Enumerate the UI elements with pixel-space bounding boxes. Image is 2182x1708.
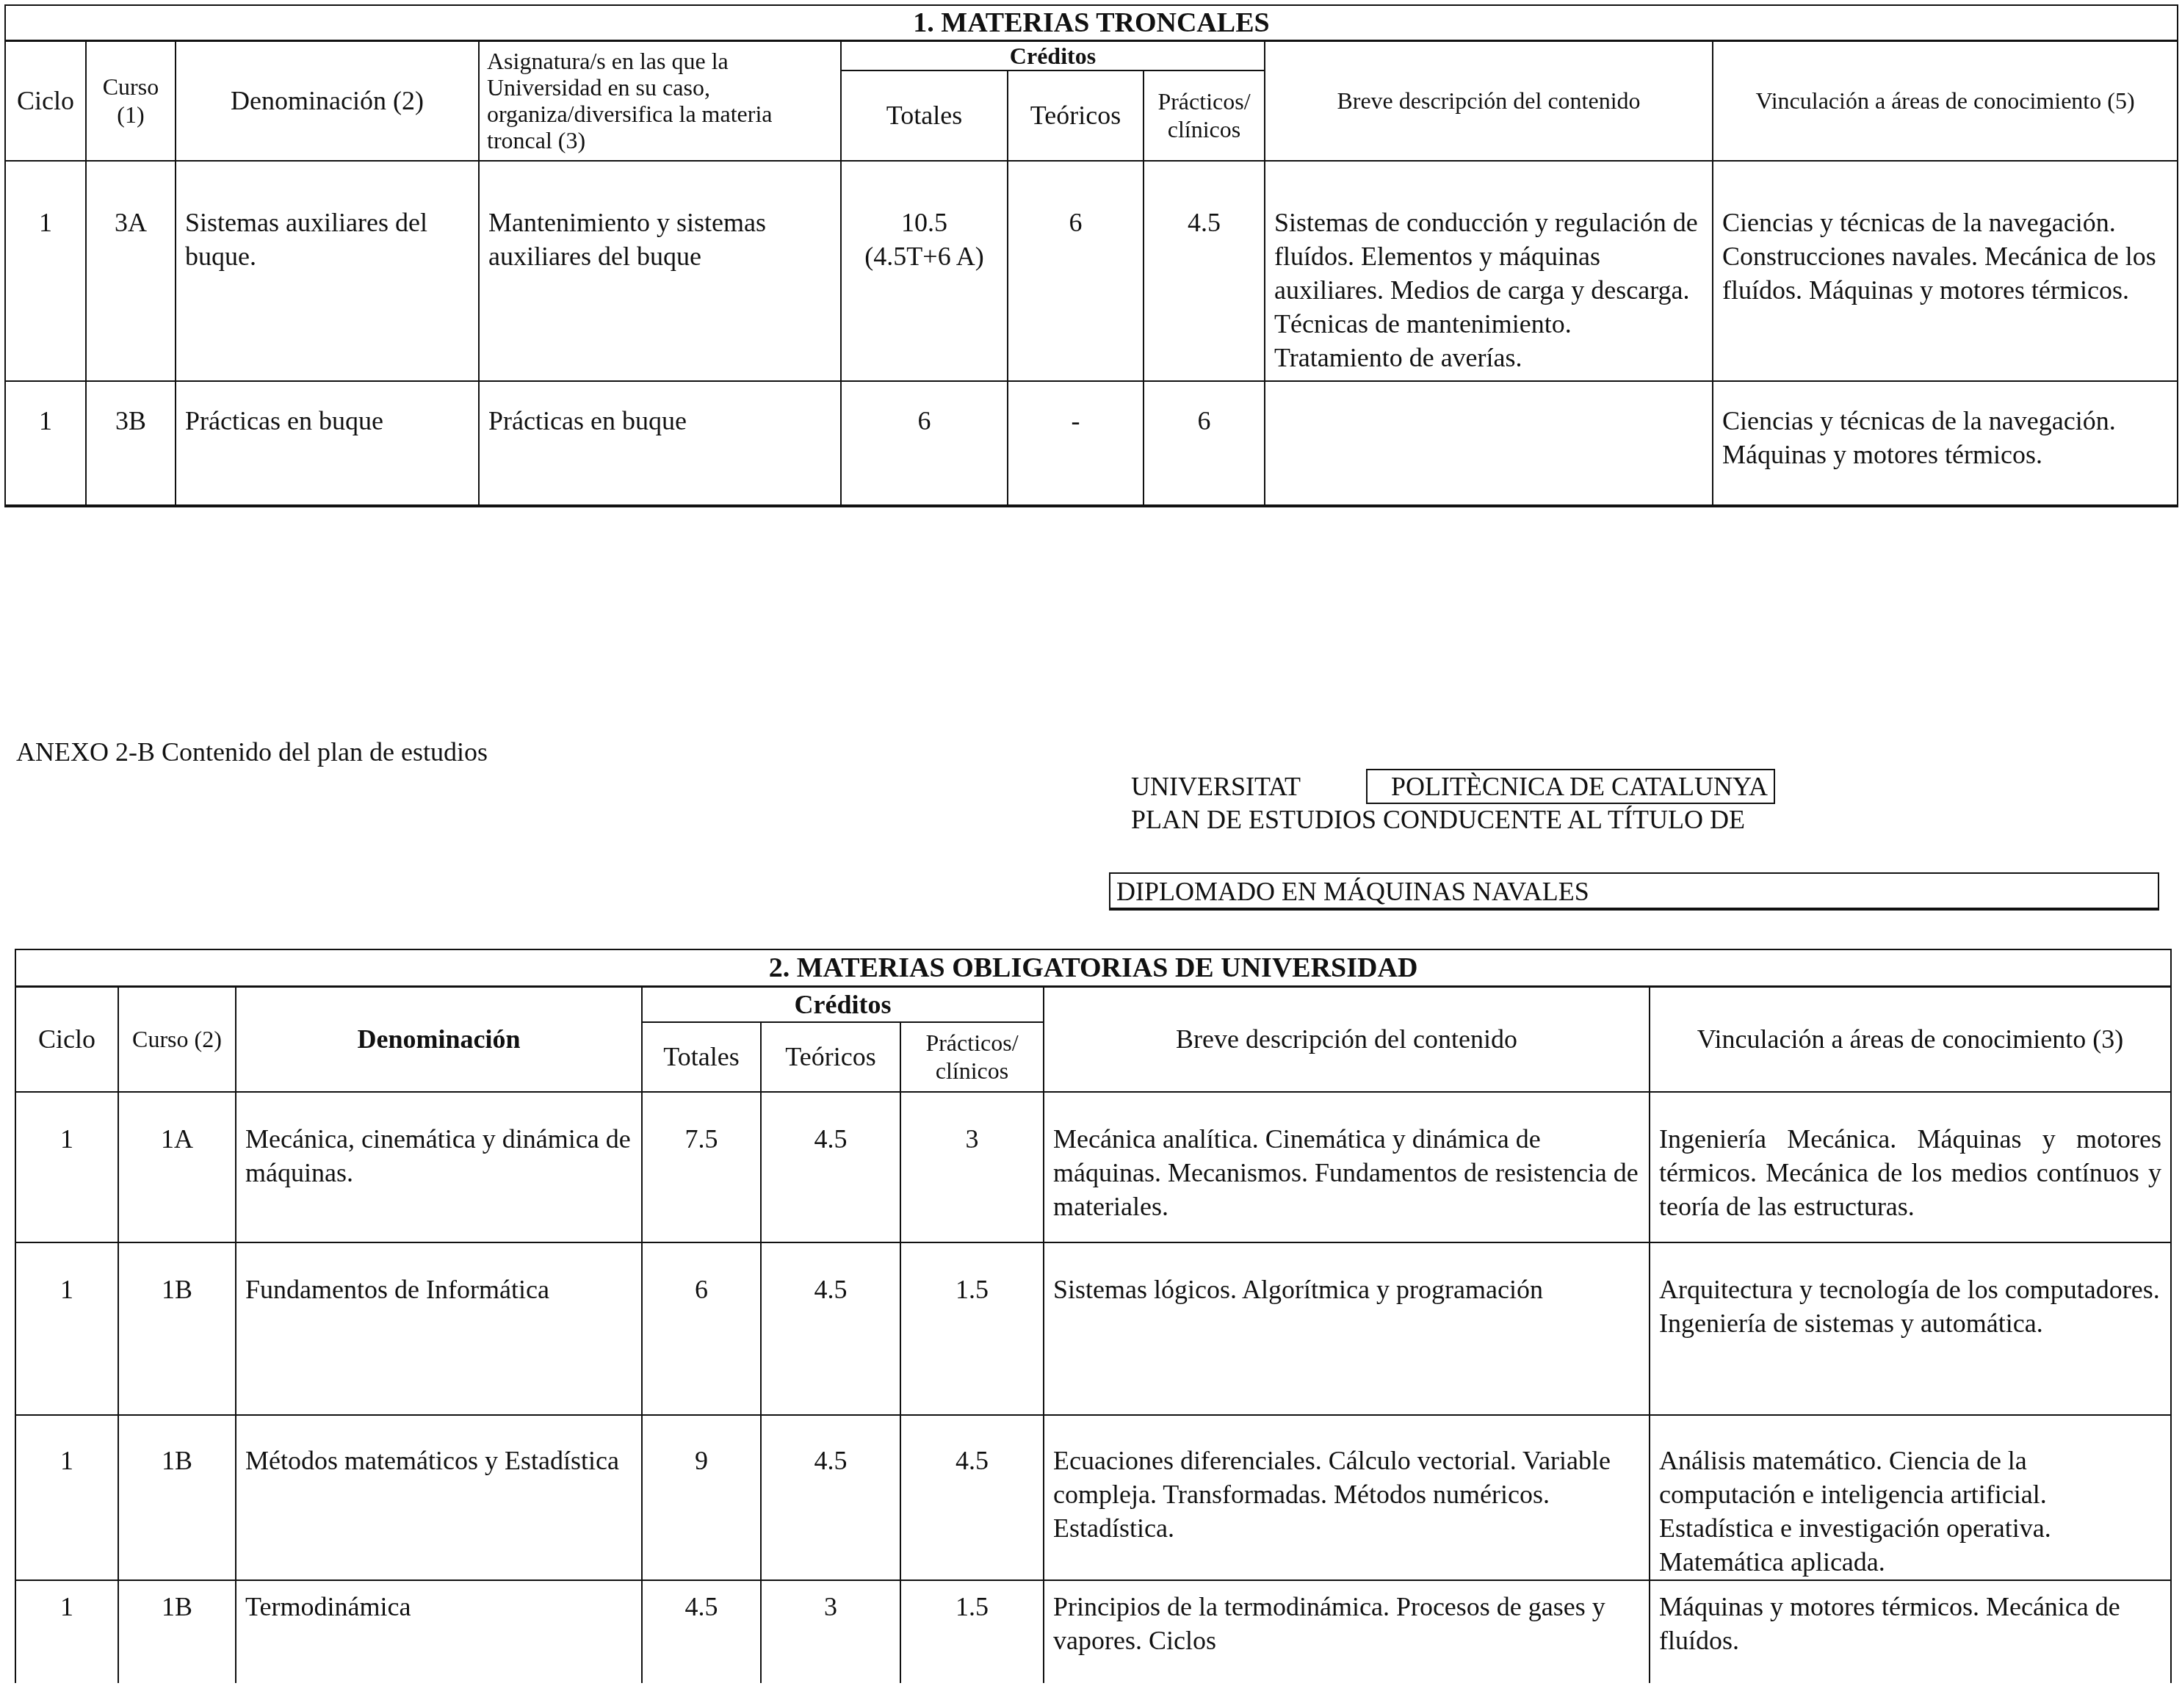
cell-teoricos: 3: [761, 1580, 900, 1683]
header-ciclo: Ciclo: [15, 986, 118, 1092]
cell-teoricos: 6: [1008, 161, 1144, 381]
header-creditos: Créditos: [841, 41, 1265, 70]
header-descripcion: Breve descripción del contenido: [1044, 986, 1650, 1092]
table-row: 1 1B Métodos matemáticos y Estadística 9…: [15, 1415, 2171, 1580]
cell-denominacion: Fundamentos de Informática: [236, 1242, 642, 1415]
cell-practicos: 4.5: [900, 1415, 1044, 1580]
cell-teoricos: 4.5: [761, 1242, 900, 1415]
cell-totales: 10.5 (4.5T+6 A): [841, 161, 1008, 381]
cell-asignaturas: Prácticas en buque: [479, 381, 841, 506]
cell-practicos: 6: [1144, 381, 1265, 506]
cell-vinculacion: Ciencias y técnicas de la navegación. Má…: [1713, 381, 2178, 506]
cell-vinculacion: Máquinas y motores térmicos. Mecánica de…: [1650, 1580, 2171, 1683]
header-vinculacion: Vinculación a áreas de conocimiento (3): [1650, 986, 2171, 1092]
cell-totales: 9: [642, 1415, 761, 1580]
cell-totales: 7.5: [642, 1092, 761, 1242]
cell-descripcion: Principios de la termodinámica. Procesos…: [1044, 1580, 1650, 1683]
cell-denominacion: Sistemas auxiliares del buque.: [176, 161, 479, 381]
cell-vinculacion: Análisis matemático. Ciencia de la compu…: [1650, 1415, 2171, 1580]
cell-denominacion: Métodos matemáticos y Estadística: [236, 1415, 642, 1580]
cell-asignaturas: Mantenimiento y sistemas auxiliares del …: [479, 161, 841, 381]
cell-descripcion: Ecuaciones diferenciales. Cálculo vector…: [1044, 1415, 1650, 1580]
cell-teoricos: 4.5: [761, 1092, 900, 1242]
cell-teoricos: -: [1008, 381, 1144, 506]
cell-denominacion: Mecánica, cinemática y dinámica de máqui…: [236, 1092, 642, 1242]
cell-practicos: 4.5: [1144, 161, 1265, 381]
totales-note: (4.5T+6 A): [850, 239, 998, 273]
header-asignaturas: Asignatura/s en las que la Universidad e…: [479, 41, 841, 161]
header-vinculacion: Vinculación a áreas de conocimiento (5): [1713, 41, 2178, 161]
cell-denominacion: Termodinámica: [236, 1580, 642, 1683]
universitat-label: UNIVERSITAT: [1131, 770, 1366, 803]
cell-ciclo: 1: [15, 1415, 118, 1580]
university-line: UNIVERSITAT POLITÈCNICA DE CATALUNYA: [1131, 770, 1775, 803]
cell-descripcion: Sistemas lógicos. Algorítmica y programa…: [1044, 1242, 1650, 1415]
cell-curso: 1B: [118, 1242, 236, 1415]
table2-title: 2. MATERIAS OBLIGATORIAS DE UNIVERSIDAD: [15, 949, 2171, 986]
header-ciclo: Ciclo: [5, 41, 86, 161]
header-totales: Totales: [841, 70, 1008, 161]
cell-descripcion: Mecánica analítica. Cinemática y dinámic…: [1044, 1092, 1650, 1242]
header-denominacion: Denominación: [236, 986, 642, 1092]
cell-curso: 1B: [118, 1580, 236, 1683]
cell-vinculacion: Arquitectura y tecnología de los computa…: [1650, 1242, 2171, 1415]
table1-title: 1. MATERIAS TRONCALES: [5, 5, 2178, 41]
table-row: 1 3A Sistemas auxiliares del buque. Mant…: [5, 161, 2178, 381]
cell-vinculacion: Ciencias y técnicas de la navegación. Co…: [1713, 161, 2178, 381]
materias-troncales-table: 1. MATERIAS TRONCALES Ciclo Curso (1) De…: [4, 4, 2178, 507]
cell-ciclo: 1: [15, 1580, 118, 1683]
cell-ciclo: 1: [5, 381, 86, 506]
header-curso: Curso (2): [118, 986, 236, 1092]
totales-value: 10.5: [850, 206, 998, 239]
cell-curso: 3A: [86, 161, 176, 381]
cell-totales: 6: [642, 1242, 761, 1415]
header-descripcion: Breve descripción del contenido: [1265, 41, 1713, 161]
annex-label: ANEXO 2-B Contenido del plan de estudios: [16, 736, 488, 768]
table-row: 1 1B Termodinámica 4.5 3 1.5 Principios …: [15, 1580, 2171, 1683]
degree-title: DIPLOMADO EN MÁQUINAS NAVALES: [1109, 872, 2159, 911]
cell-practicos: 1.5: [900, 1242, 1044, 1415]
cell-denominacion: Prácticas en buque: [176, 381, 479, 506]
cell-curso: 3B: [86, 381, 176, 506]
header-denominacion: Denominación (2): [176, 41, 479, 161]
plan-label: PLAN DE ESTUDIOS CONDUCENTE AL TÍTULO DE: [1131, 803, 1745, 836]
cell-descripcion: Sistemas de conducción y regulación de f…: [1265, 161, 1713, 381]
header-curso: Curso (1): [86, 41, 176, 161]
cell-ciclo: 1: [15, 1092, 118, 1242]
cell-curso: 1B: [118, 1415, 236, 1580]
table-row: 1 3B Prácticas en buque Prácticas en buq…: [5, 381, 2178, 506]
table-row: 1 1B Fundamentos de Informática 6 4.5 1.…: [15, 1242, 2171, 1415]
cell-curso: 1A: [118, 1092, 236, 1242]
cell-practicos: 3: [900, 1092, 1044, 1242]
header-practicos: Prácticos/ clínicos: [1144, 70, 1265, 161]
cell-practicos: 1.5: [900, 1580, 1044, 1683]
cell-vinculacion: Ingeniería Mecánica. Máquinas y motores …: [1650, 1092, 2171, 1242]
header-totales: Totales: [642, 1022, 761, 1092]
materias-obligatorias-table: 2. MATERIAS OBLIGATORIAS DE UNIVERSIDAD …: [15, 949, 2172, 1683]
cell-ciclo: 1: [15, 1242, 118, 1415]
universitat-name: POLITÈCNICA DE CATALUNYA: [1366, 769, 1775, 804]
cell-totales: 4.5: [642, 1580, 761, 1683]
header-creditos: Créditos: [642, 986, 1044, 1022]
header-practicos: Prácticos/ clínicos: [900, 1022, 1044, 1092]
cell-totales: 6: [841, 381, 1008, 506]
header-teoricos: Teóricos: [1008, 70, 1144, 161]
table-row: 1 1A Mecánica, cinemática y dinámica de …: [15, 1092, 2171, 1242]
cell-descripcion: [1265, 381, 1713, 506]
cell-teoricos: 4.5: [761, 1415, 900, 1580]
header-teoricos: Teóricos: [761, 1022, 900, 1092]
cell-ciclo: 1: [5, 161, 86, 381]
